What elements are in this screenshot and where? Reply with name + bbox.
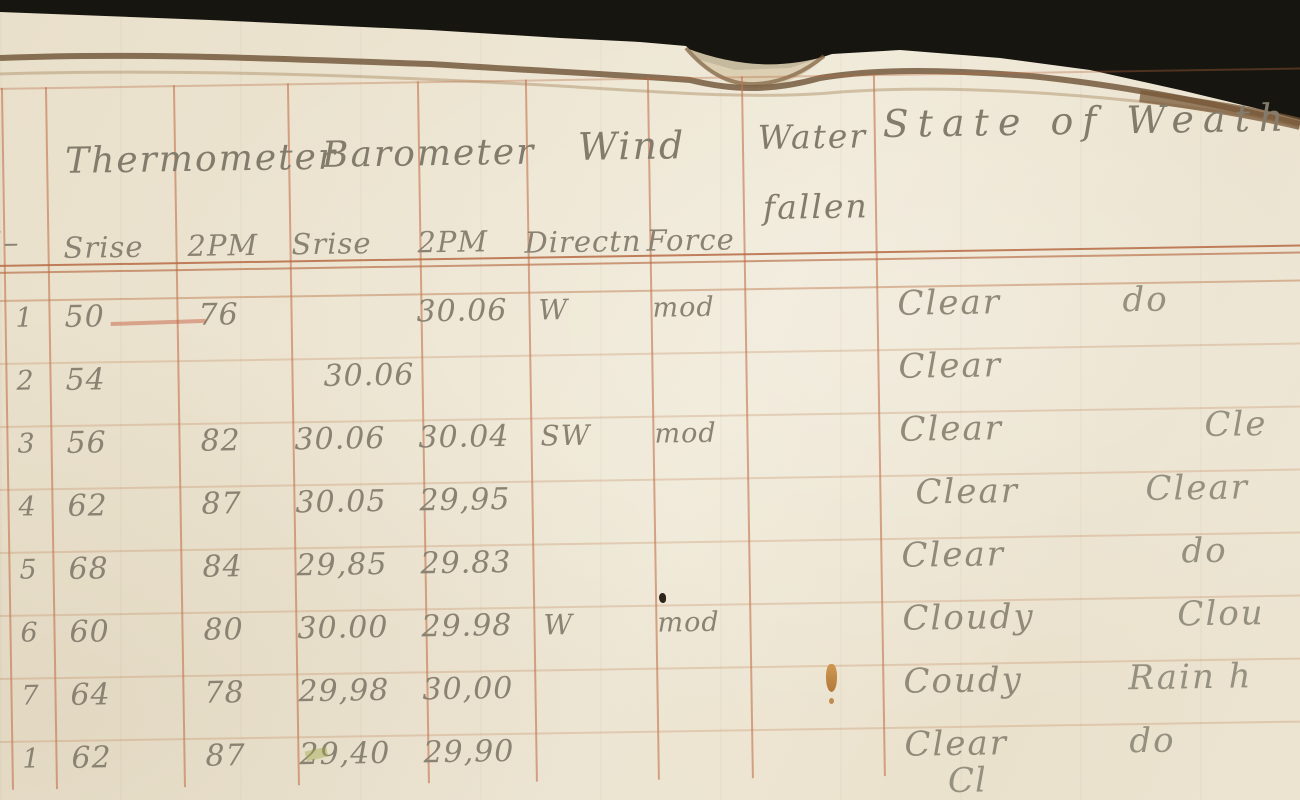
thermometer-sunrise: 60 [69,600,110,664]
thermometer-sunrise: 50 [64,285,105,349]
wind-direction: W [538,278,569,341]
ruled-table: Thermometer Barometer Wind Water fallen … [0,0,1300,800]
edge-fragment-subheader: 5– [0,226,20,262]
wind-force [655,466,656,529]
thermometer-2pm: 80 [203,598,244,662]
thermometer-2pm: 87 [201,472,242,536]
header-wind: Wind [578,123,686,169]
subheader-bar-2pm: 2PM [417,224,488,259]
wind-direction [542,530,543,593]
water-fallen [762,275,763,338]
barometer-2pm: 29.83 [420,531,512,595]
barometer-sunrise: 30.00 [297,596,389,660]
thermometer-sunrise: 54 [65,348,106,412]
thermometer-sunrise: 56 [66,411,107,475]
weather-pm [1123,332,1124,395]
header-state-of-weather: State of Weath [882,96,1292,146]
water-fallen [765,464,766,527]
wind-force: mod [657,591,720,655]
weather-am: Clear [898,334,1003,399]
subheader-bar-sunrise: Srise [291,226,372,261]
wind-force: mod [654,402,717,466]
weather-am: Clear [897,271,1002,336]
weather-pm: Rain h [1128,645,1253,710]
subheader-therm-2pm: 2PM [187,228,258,263]
water-fallen [766,527,767,590]
barometer-sunrise [292,282,293,345]
water-fallen [768,653,769,716]
header-thermometer: Thermometer [65,137,338,182]
water-fallen [763,338,764,401]
barometer-2pm [417,343,418,406]
wind-direction: SW [540,404,591,468]
subheader-therm-sunrise: Srise [63,230,144,265]
barometer-sunrise: 29,85 [296,533,388,597]
barometer-2pm: 29,95 [419,468,511,532]
day-number: 1 [13,727,50,791]
barometer-2pm: 29,90 [423,720,515,784]
weather-am: Clear [915,460,1020,525]
header-water-fallen: fallen [763,186,869,227]
thermometer-sunrise: 64 [70,663,111,727]
wind-force: mod [652,276,715,340]
thermometer-2pm: 82 [200,409,241,473]
barometer-sunrise: 29,98 [298,659,390,723]
bottom-partial-word: Cl [948,761,988,800]
wind-direction [544,656,545,719]
weather-am: Clear [899,397,1004,462]
dark-speck-stain [659,593,666,603]
wind-direction [545,719,546,782]
wind-force [653,340,654,403]
subheader-wind-direction: Directn [524,224,642,260]
amber-drip-stain [826,664,837,692]
wind-force [659,718,660,781]
weather-am: Coudy [903,649,1023,714]
wind-direction [541,467,542,530]
day-number: 5 [10,538,47,602]
thermometer-2pm: 78 [204,661,245,725]
amber-drip-dot [829,698,834,704]
weather-pm: Clear [1145,456,1250,521]
barometer-sunrise: 30.06 [294,407,386,471]
weather-pm: do [1129,710,1176,774]
thermometer-sunrise: 62 [67,474,108,538]
day-number: 1 [6,286,43,350]
thermometer-2pm: 84 [202,535,243,599]
thermometer-sunrise: 68 [68,537,109,601]
red-smear [111,319,206,326]
table-top-rule [0,67,1300,89]
barometer-2pm: 29.98 [421,594,513,658]
weather-pm: do [1122,269,1169,333]
barometer-sunrise: 30.05 [295,470,387,534]
barometer-2pm: 30.04 [418,405,510,469]
thermometer-2pm: 76 [198,283,239,347]
header-water: Water [758,116,868,157]
weather-pm: do [1181,520,1228,584]
day-number: 7 [12,664,49,728]
wind-force [658,655,659,718]
thermometer-2pm: 87 [205,724,246,788]
day-number: 4 [9,475,46,539]
water-fallen [764,401,765,464]
water-fallen [769,716,770,779]
day-number: 3 [8,412,45,476]
barometer-2pm: 30,00 [422,657,514,721]
day-number: 2 [7,349,44,413]
weather-pm: Clou [1177,582,1265,646]
ledger-photo: Thermometer Barometer Wind Water fallen … [0,0,1300,800]
wind-direction [539,341,540,404]
wind-force [656,529,657,592]
header-barometer: Barometer [322,132,536,176]
weather-am: Cloudy [902,586,1035,651]
barometer-sunrise: 30.06 [323,343,415,407]
barometer-2pm: 30.06 [416,279,508,343]
subheader-wind-force: Force [646,222,735,257]
weather-am: Clear [901,523,1006,588]
water-fallen [767,590,768,653]
wind-direction: W [543,593,574,656]
thermometer-sunrise: 62 [71,726,112,790]
day-number: 6 [11,601,48,665]
thermometer-2pm [199,347,200,410]
weather-pm: Cle [1204,393,1268,457]
